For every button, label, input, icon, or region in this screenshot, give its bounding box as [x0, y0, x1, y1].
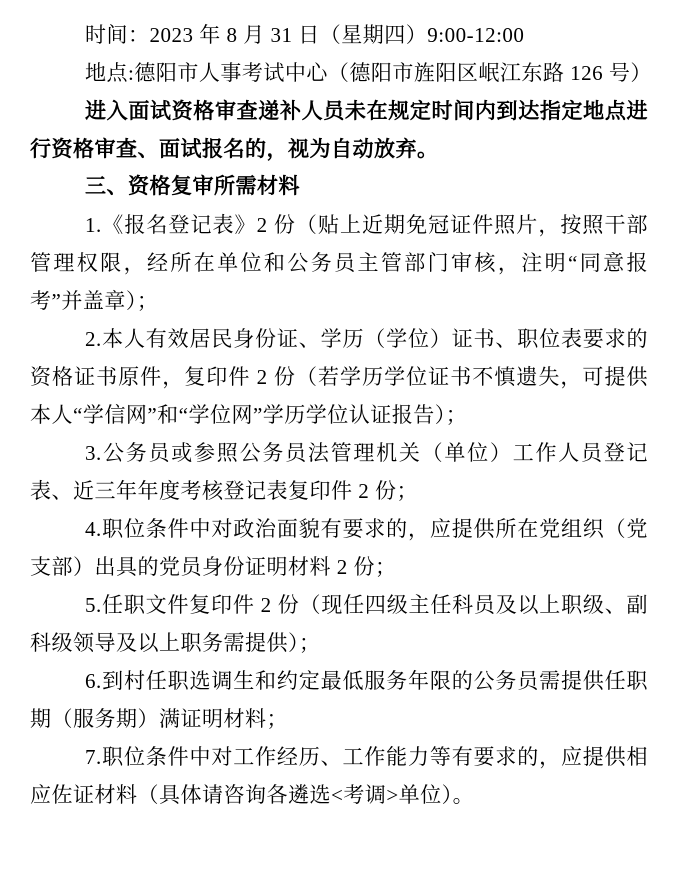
paragraph-item-4: 4.职位条件中对政治面貌有要求的，应提供所在党组织（党支部）出具的党员身份证明材…: [30, 510, 648, 586]
paragraph-time: 时间：2023 年 8 月 31 日（星期四）9:00-12:00: [30, 16, 648, 54]
paragraph-item-3: 3.公务员或参照公务员法管理机关（单位）工作人员登记表、近三年年度考核登记表复印…: [30, 434, 648, 510]
section-heading: 三、资格复审所需材料: [30, 168, 648, 206]
paragraph-item-2: 2.本人有效居民身份证、学历（学位）证书、职位表要求的资格证书原件，复印件 2 …: [30, 320, 648, 434]
paragraph-item-6: 6.到村任职选调生和约定最低服务年限的公务员需提供任职期（服务期）满证明材料；: [30, 662, 648, 738]
paragraph-item-5: 5.任职文件复印件 2 份（现任四级主任科员及以上职级、副科级领导及以上职务需提…: [30, 586, 648, 662]
paragraph-location: 地点:德阳市人事考试中心（德阳市旌阳区岷江东路 126 号）: [30, 54, 648, 92]
document-page: 时间：2023 年 8 月 31 日（星期四）9:00-12:00 地点:德阳市…: [0, 0, 687, 873]
paragraph-item-1: 1.《报名登记表》2 份（贴上近期免冠证件照片，按照干部管理权限，经所在单位和公…: [30, 206, 648, 320]
paragraph-warning: 进入面试资格审查递补人员未在规定时间内到达指定地点进行资格审查、面试报名的，视为…: [30, 92, 648, 168]
paragraph-item-7: 7.职位条件中对工作经历、工作能力等有要求的，应提供相应佐证材料（具体请咨询各遴…: [30, 738, 648, 814]
